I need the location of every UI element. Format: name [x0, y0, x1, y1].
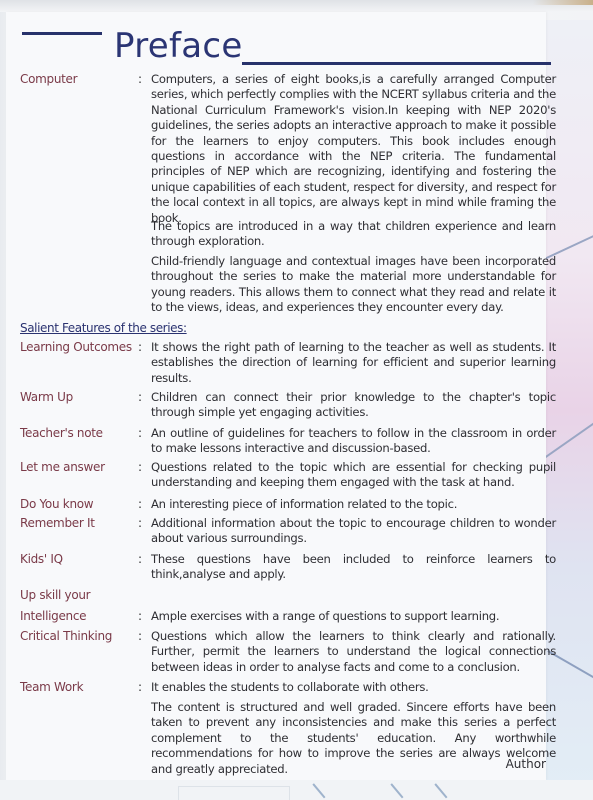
- feature-label: Intelligence: [20, 609, 86, 623]
- feature-text: Additional information about the topic t…: [151, 516, 556, 547]
- feature-text: Questions which allow the learners to th…: [151, 629, 556, 675]
- separator-colon: :: [138, 680, 142, 694]
- decorative-line: [312, 784, 325, 799]
- ghost-lettering: [178, 786, 290, 800]
- feature-label: Let me answer: [20, 460, 105, 474]
- feature-label: Up skill your: [20, 588, 90, 602]
- separator-colon: :: [138, 629, 142, 643]
- intro-label: Computer: [20, 72, 77, 86]
- feature-label: Team Work: [20, 680, 83, 694]
- feature-label: Learning Outcomes: [20, 340, 132, 354]
- feature-text: Ample exercises with a range of question…: [151, 609, 556, 624]
- separator-colon: :: [138, 340, 142, 354]
- feature-text: Questions related to the topic which are…: [151, 460, 556, 491]
- bottom-decoration: [0, 780, 593, 800]
- preface-page: Preface Computer : Computers, a series o…: [6, 12, 546, 780]
- feature-label: Critical Thinking: [20, 629, 112, 643]
- closing-paragraph: The content is structured and well grade…: [151, 700, 556, 777]
- feature-label: Do You know: [20, 497, 93, 511]
- separator-colon: :: [138, 552, 142, 566]
- feature-text: It shows the right path of learning to t…: [151, 340, 556, 386]
- decorative-line: [434, 784, 447, 799]
- feature-text: Children can connect their prior knowled…: [151, 390, 556, 421]
- intro-paragraph-3: Child-friendly language and contextual i…: [151, 254, 556, 316]
- separator-colon: :: [138, 390, 142, 404]
- feature-text: An outline of guidelines for teachers to…: [151, 426, 556, 457]
- intro-paragraph-2: The topics are introduced in a way that …: [151, 219, 556, 250]
- separator-colon: :: [138, 516, 142, 530]
- intro-paragraph-1: Computers, a series of eight books,is a …: [151, 72, 556, 226]
- feature-label: Remember It: [20, 516, 95, 530]
- feature-label: Warm Up: [20, 390, 73, 404]
- title-rule-left: [22, 32, 102, 35]
- top-edge-strip: [0, 0, 593, 12]
- feature-label: Teacher's note: [20, 426, 103, 440]
- separator-colon: :: [138, 426, 142, 440]
- feature-text: It enables the students to collaborate w…: [151, 680, 556, 695]
- feature-text: These questions have been included to re…: [151, 552, 556, 583]
- features-heading: Salient Features of the series:: [20, 321, 187, 335]
- decorative-line: [390, 784, 403, 799]
- feature-text: An interesting piece of information rela…: [151, 497, 556, 512]
- corner-decoration: [533, 0, 593, 5]
- author-signature: Author: [506, 757, 546, 771]
- separator-colon: :: [138, 460, 142, 474]
- feature-label: Kids' IQ: [20, 552, 63, 566]
- separator-colon: :: [138, 72, 142, 86]
- page-title: Preface: [114, 26, 243, 66]
- separator-colon: :: [138, 497, 142, 511]
- separator-colon: :: [138, 609, 142, 623]
- title-rule-right: [242, 62, 551, 65]
